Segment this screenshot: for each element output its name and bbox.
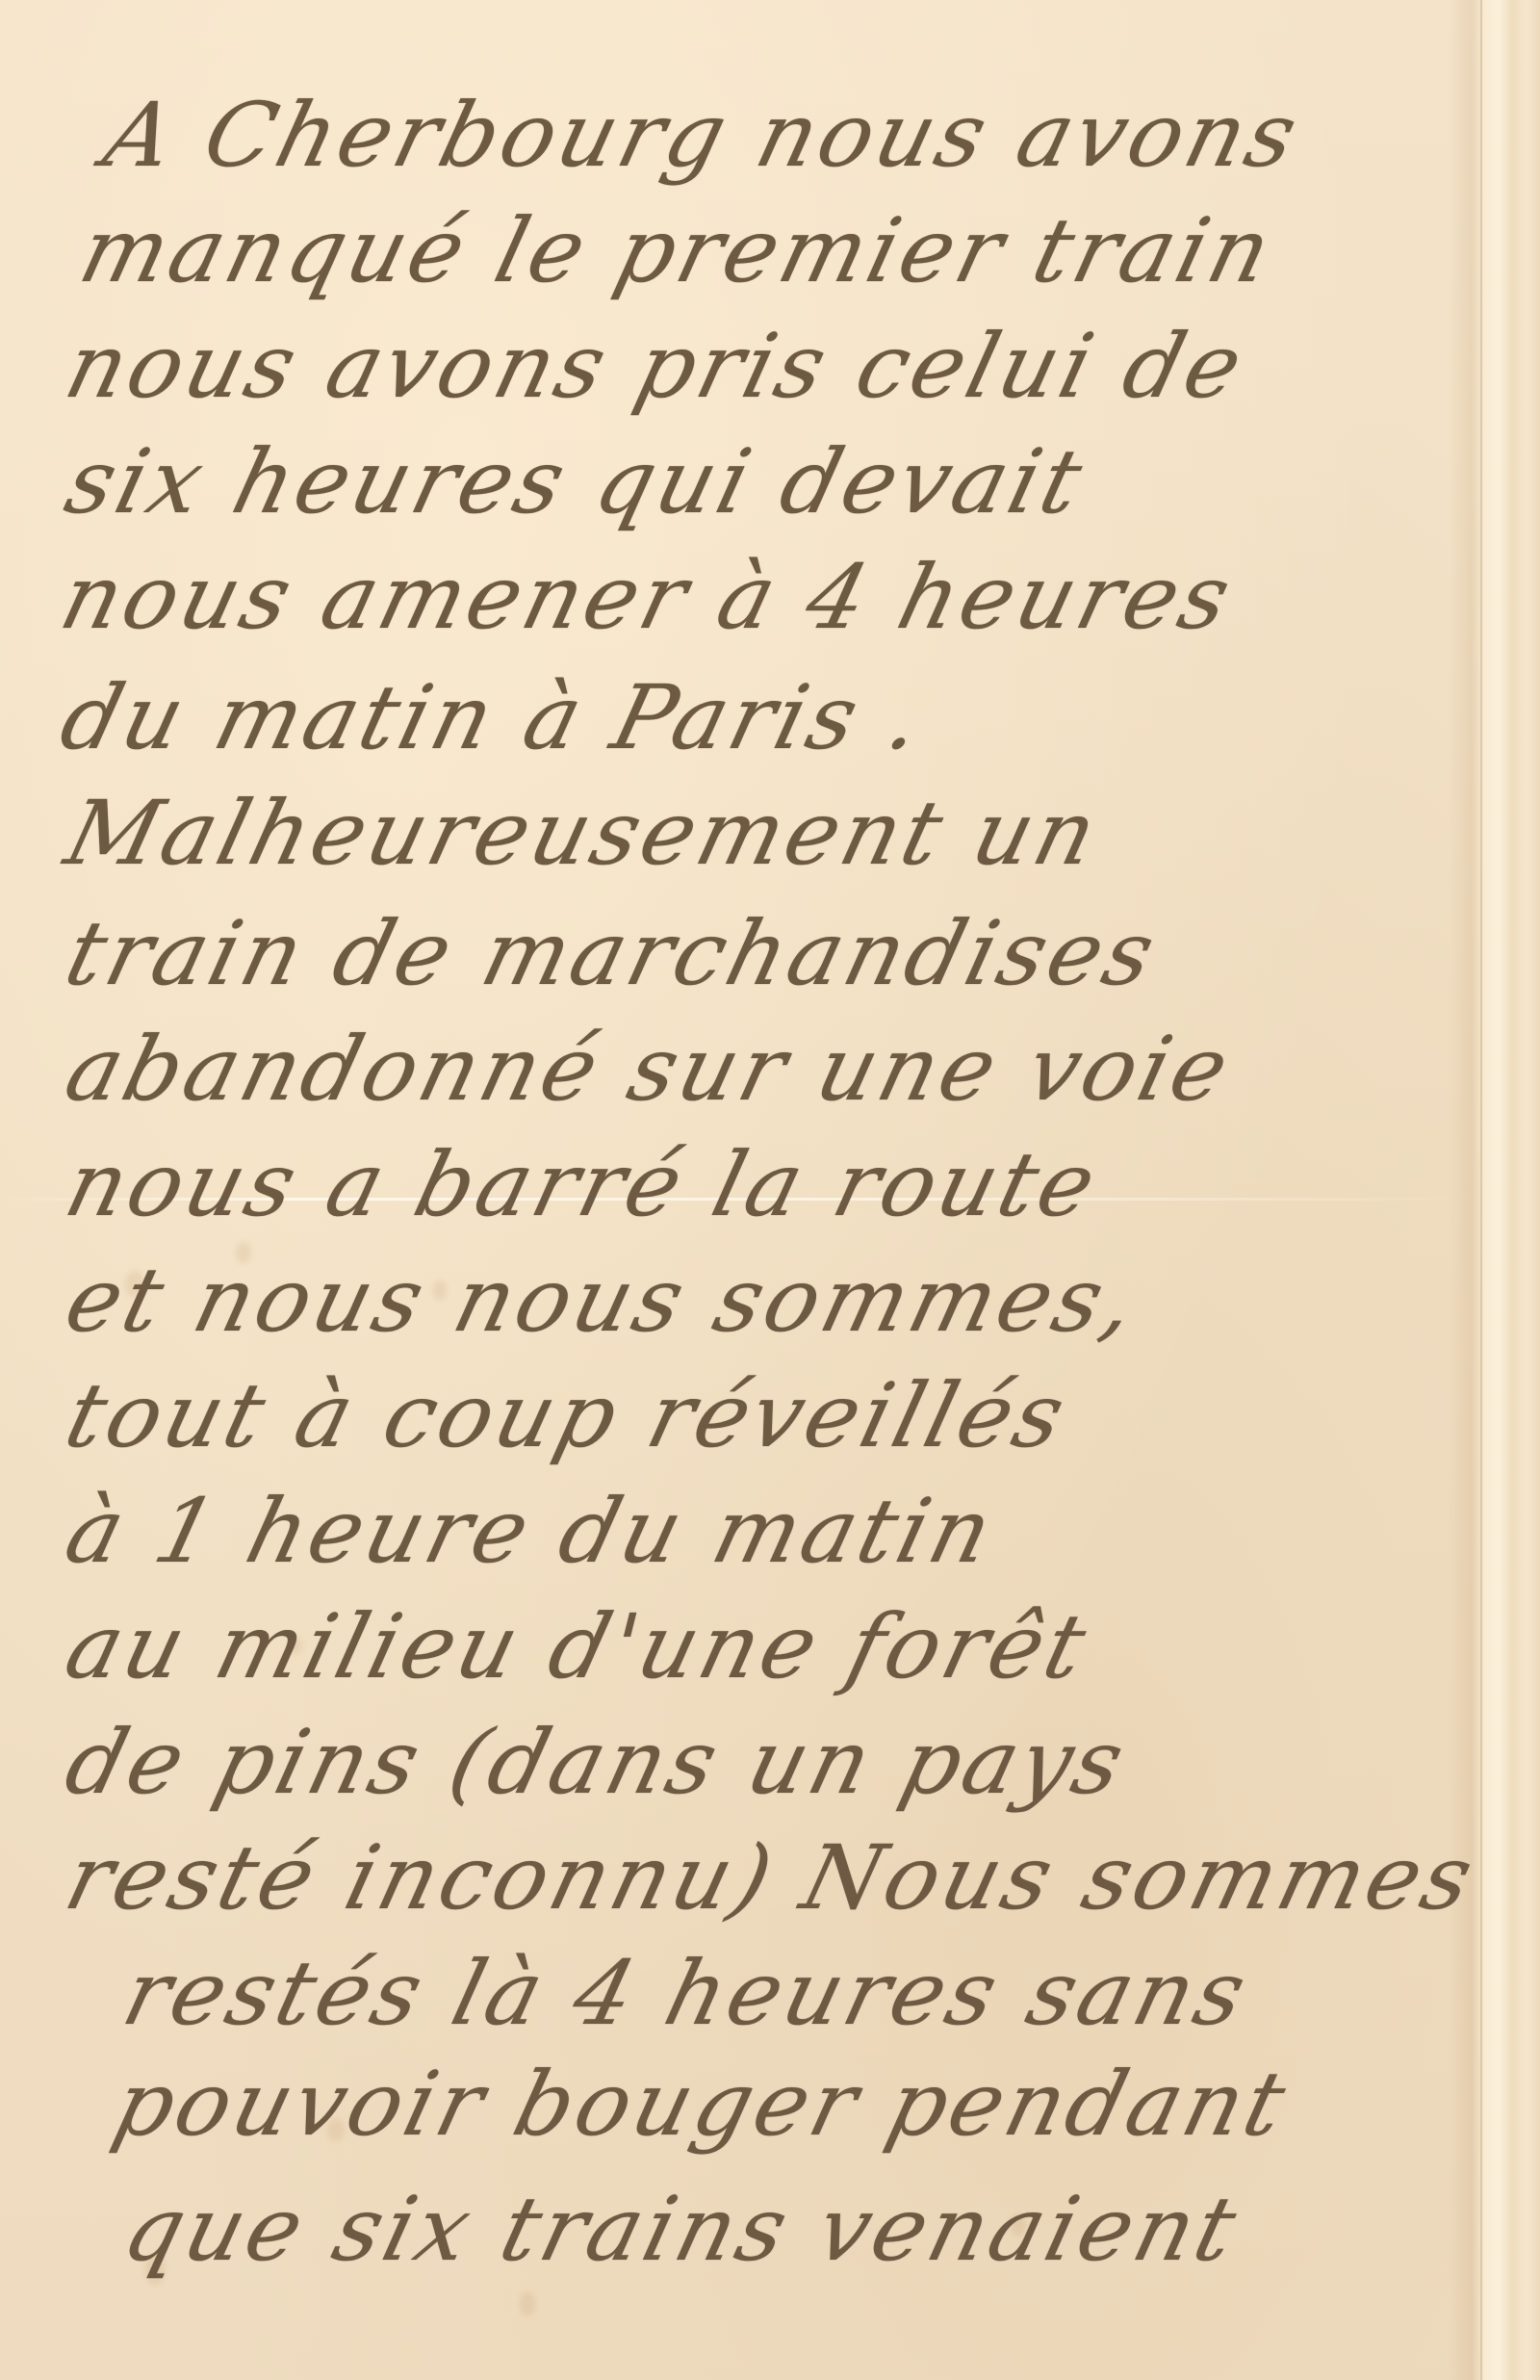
letter-line: nous a barré la route <box>58 1141 1107 1229</box>
letter-line: manqué le premier train <box>72 207 1282 296</box>
letter-line: A Cherbourg nous avons <box>96 91 1308 180</box>
letter-line: au milieu d'une forêt <box>58 1603 1097 1692</box>
letter-line: resté inconnu) Nous sommes <box>58 1834 1484 1923</box>
letter-line: Malheureusement un <box>58 789 1108 878</box>
letter-line: de pins (dans un pays <box>58 1719 1136 1807</box>
letter-line: du matin à Paris . <box>53 674 934 763</box>
letter-line: train de marchandises <box>58 910 1166 998</box>
letter-page: A Cherbourg nous avons manqué le premier… <box>0 0 1540 2380</box>
letter-line: tout à coup réveillés <box>58 1372 1076 1461</box>
letter-line: pouvoir bouger pendant <box>106 2060 1296 2149</box>
letter-text: A Cherbourg nous avons manqué le premier… <box>0 0 1540 2380</box>
letter-line: à 1 heure du matin <box>58 1487 1004 1576</box>
letter-line: nous amener à 4 heures <box>53 554 1242 642</box>
letter-line: nous avons pris celui de <box>58 323 1254 411</box>
letter-line: et nous nous sommes, <box>58 1256 1147 1345</box>
letter-line: que six trains venaient <box>115 2186 1247 2274</box>
letter-line: abandonné sur une voie <box>58 1025 1240 1114</box>
letter-line: restés là 4 heures sans <box>115 1950 1257 2038</box>
letter-line: six heures qui devait <box>58 438 1093 527</box>
